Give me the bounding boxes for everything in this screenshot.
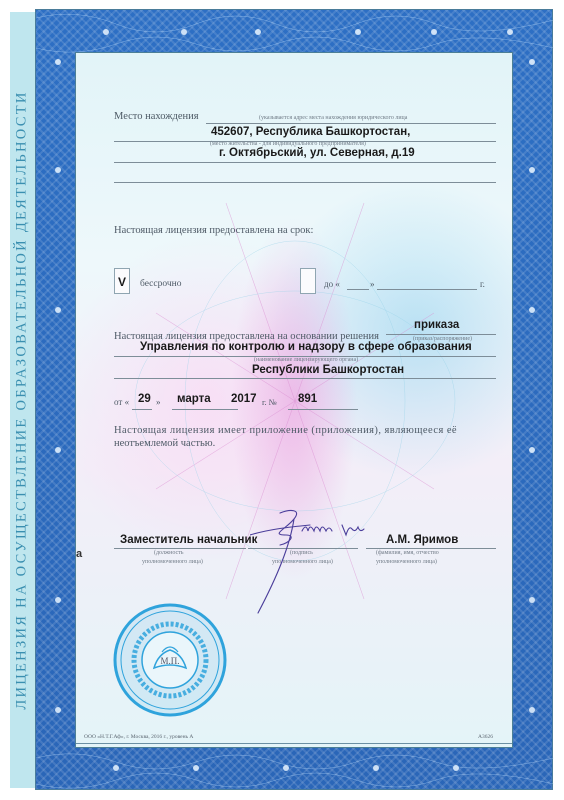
until-month-year-line	[377, 289, 477, 290]
printer-note: ООО «Н.Т.Г.Аф», г. Москва, 2016 г., уров…	[84, 734, 193, 740]
position-caption-1: (должность	[154, 550, 184, 556]
until-day-line	[347, 289, 369, 290]
stray-mark: а	[76, 548, 82, 560]
location-underline-1	[206, 123, 496, 124]
until-prefix: до «	[324, 279, 340, 289]
stamp-center-text: М.П.	[160, 656, 179, 666]
decision-type: приказа	[414, 319, 459, 331]
month-line	[172, 409, 238, 410]
signature-icon	[250, 505, 370, 615]
position-caption-2: уполномоченного лица)	[142, 559, 203, 565]
until-mid: »	[370, 279, 375, 289]
side-title: ЛИЦЕНЗИЯ НА ОСУЩЕСТВЛЕНИЕ ОБРАЗОВАТЕЛЬНО…	[14, 90, 31, 709]
indefinite-checkbox[interactable]: V	[114, 268, 130, 294]
authority-line-2: Республики Башкортостан	[252, 364, 404, 376]
location-caption-1: (указывается адрес места нахождения юрид…	[259, 115, 407, 121]
location-line-1: 452607, Республика Башкортостан,	[211, 126, 410, 138]
official-seal-icon: М.П.	[112, 602, 228, 718]
day-line	[132, 409, 152, 410]
name-line	[366, 548, 496, 549]
check-mark: V	[115, 275, 129, 289]
decision-day: 29	[138, 393, 151, 405]
until-suffix: г.	[480, 279, 485, 289]
date-prefix: от «	[114, 397, 129, 407]
day-close: »	[156, 397, 161, 407]
decision-month: марта	[177, 393, 211, 405]
decision-number: 891	[298, 393, 317, 405]
number-line	[288, 409, 358, 410]
position-line	[114, 548, 246, 549]
appendix-note-line-1: Настоящая лицензия имеет приложение (при…	[114, 425, 457, 436]
authority-underline-2	[114, 378, 496, 379]
name-caption-1: (фамилия, имя, отчество	[376, 550, 439, 556]
name-caption-2: уполномоченного лица)	[376, 559, 437, 565]
term-label: Настоящая лицензия предоставлена на срок…	[114, 225, 313, 236]
authority-line-1: Управления по контролю и надзору в сфере…	[140, 341, 472, 353]
decision-year: 2017	[231, 393, 257, 405]
position-title: Заместитель начальник	[120, 534, 257, 546]
signer-name: А.М. Яримов	[386, 534, 458, 546]
indefinite-label: бессрочно	[140, 279, 181, 289]
authority-caption: (наименование лицензирующего органа)	[254, 357, 358, 363]
location-line-2: г. Октябрьский, ул. Северная, д.19	[219, 147, 415, 159]
year-suffix: г. №	[262, 397, 277, 407]
footer-rule	[76, 743, 512, 744]
until-date-checkbox[interactable]	[300, 268, 316, 294]
decision-type-line	[386, 334, 496, 335]
serial-number: А3626	[478, 734, 493, 740]
appendix-note-line-2: неотъемлемой частью.	[114, 438, 215, 449]
location-underline-3	[114, 162, 496, 163]
location-underline-4	[114, 182, 496, 183]
location-label: Место нахождения	[114, 111, 199, 122]
